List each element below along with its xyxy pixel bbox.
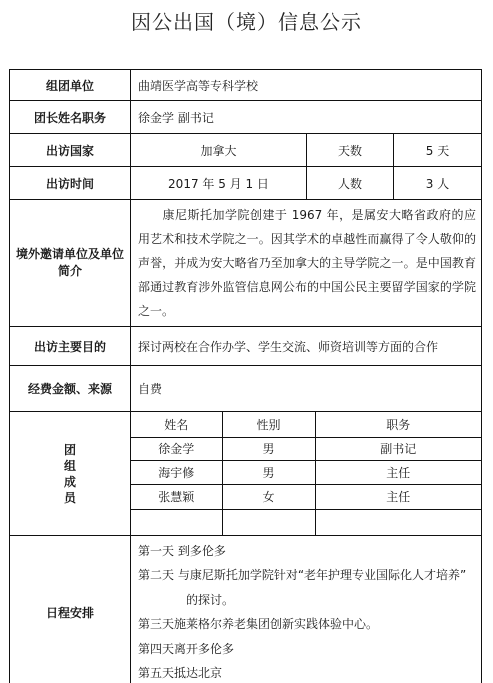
row-purpose: 出访主要目的 探讨两校在合作办学、学生交流、师资培训等方面的合作 — [10, 327, 482, 366]
schedule-item-continued: 的探讨。 — [138, 588, 477, 613]
header-gender: 性别 — [222, 412, 315, 437]
inviter-intro: 康尼斯托加学院创建于 1967 年，是属安大略省政府的应用艺术和技术学院之一。因… — [131, 200, 482, 327]
member-position — [315, 509, 481, 535]
member-row: 张慧颖 女 主任 — [131, 484, 481, 509]
people-value: 3 人 — [394, 167, 482, 200]
page-title: 因公出国（境）信息公示 — [0, 6, 493, 35]
member-row: 徐金学 男 副书记 — [131, 437, 481, 460]
member-gender: 女 — [222, 484, 315, 509]
unit-value: 曲靖医学高等专科学校 — [131, 70, 482, 101]
purpose-value: 探讨两校在合作办学、学生交流、师资培训等方面的合作 — [131, 327, 482, 366]
schedule-label: 日程安排 — [10, 536, 131, 683]
schedule-list: 第一天 到多伦多 第二天 与康尼斯托加学院针对“老年护理专业国际化人才培养” 的… — [131, 536, 482, 683]
time-value: 2017 年 5 月 1 日 — [131, 167, 307, 200]
funding-value: 自费 — [131, 366, 482, 412]
row-leader: 团长姓名职务 徐金学 副书记 — [10, 101, 482, 134]
schedule-item: 第四天离开多伦多 — [138, 637, 477, 662]
row-time: 出访时间 2017 年 5 月 1 日 人数 3 人 — [10, 167, 482, 200]
header-position: 职务 — [315, 412, 481, 437]
member-name: 海宇修 — [131, 460, 222, 484]
member-position: 主任 — [315, 460, 481, 484]
row-unit: 组团单位 曲靖医学高等专科学校 — [10, 70, 482, 101]
member-gender — [222, 509, 315, 535]
header-name: 姓名 — [131, 412, 222, 437]
members-label: 团 组 成 员 — [10, 412, 131, 536]
country-label: 出访国家 — [10, 134, 131, 167]
leader-value: 徐金学 副书记 — [131, 101, 482, 134]
member-row: 海宇修 男 主任 — [131, 460, 481, 484]
schedule-item: 第一天 到多伦多 — [138, 539, 477, 564]
inviter-label: 境外邀请单位及单位简介 — [10, 200, 131, 327]
member-position: 副书记 — [315, 437, 481, 460]
unit-label: 组团单位 — [10, 70, 131, 101]
funding-label: 经费金额、来源 — [10, 366, 131, 412]
member-gender: 男 — [222, 437, 315, 460]
members-table: 姓名 性别 职务 徐金学 男 副书记 海宇修 男 主任 张慧颖 女 主任 — [131, 412, 481, 535]
leader-label: 团长姓名职务 — [10, 101, 131, 134]
member-name: 张慧颖 — [131, 484, 222, 509]
members-label-char: 成 — [10, 474, 130, 490]
members-label-char: 团 — [10, 442, 130, 458]
member-row-empty — [131, 509, 481, 535]
schedule-item: 第二天 与康尼斯托加学院针对“老年护理专业国际化人才培养” — [138, 563, 477, 588]
row-funding: 经费金额、来源 自费 — [10, 366, 482, 412]
schedule-item: 第五天抵达北京 — [138, 661, 477, 683]
members-label-char: 组 — [10, 458, 130, 474]
days-label: 天数 — [307, 134, 394, 167]
days-value: 5 天 — [394, 134, 482, 167]
members-cell: 姓名 性别 职务 徐金学 男 副书记 海宇修 男 主任 张慧颖 女 主任 — [131, 412, 482, 536]
people-label: 人数 — [307, 167, 394, 200]
schedule-item: 第三天施莱格尔养老集团创新实践体验中心。 — [138, 612, 477, 637]
row-schedule: 日程安排 第一天 到多伦多 第二天 与康尼斯托加学院针对“老年护理专业国际化人才… — [10, 536, 482, 683]
purpose-label: 出访主要目的 — [10, 327, 131, 366]
member-name: 徐金学 — [131, 437, 222, 460]
info-table: 组团单位 曲靖医学高等专科学校 团长姓名职务 徐金学 副书记 出访国家 加拿大 … — [9, 69, 482, 683]
members-header: 姓名 性别 职务 — [131, 412, 481, 437]
member-gender: 男 — [222, 460, 315, 484]
time-label: 出访时间 — [10, 167, 131, 200]
row-members: 团 组 成 员 姓名 性别 职务 徐金学 男 副书记 海宇修 — [10, 412, 482, 536]
row-country: 出访国家 加拿大 天数 5 天 — [10, 134, 482, 167]
country-value: 加拿大 — [131, 134, 307, 167]
member-name — [131, 509, 222, 535]
members-label-char: 员 — [10, 490, 130, 506]
inviter-text: 康尼斯托加学院创建于 1967 年，是属安大略省政府的应用艺术和技术学院之一。因… — [138, 208, 476, 318]
member-position: 主任 — [315, 484, 481, 509]
row-inviter: 境外邀请单位及单位简介 康尼斯托加学院创建于 1967 年，是属安大略省政府的应… — [10, 200, 482, 327]
